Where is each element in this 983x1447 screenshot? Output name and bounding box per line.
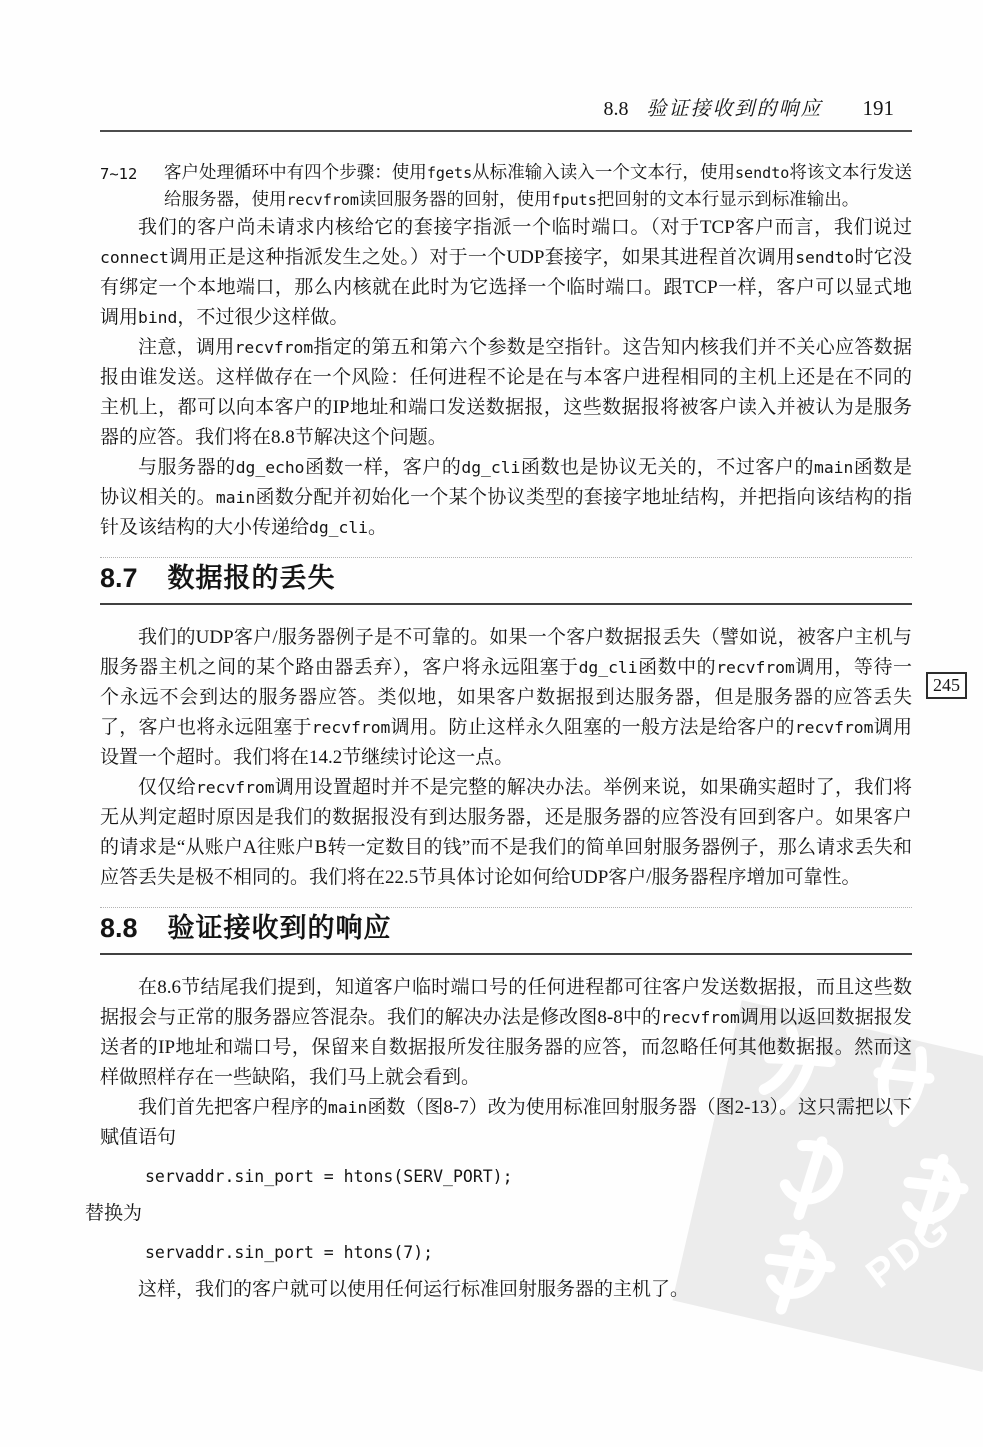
section-heading-8-7: 8.7 数据报的丢失 (100, 557, 912, 605)
book-page: PDG 245 8.8 验证接收到的响应 191 7~12 客户处理循环中有四个… (0, 0, 983, 1447)
paragraph: 我们首先把客户程序的main函数（图8-7）改为使用标准回射服务器（图2-13）… (100, 1093, 912, 1153)
paragraph: 在8.6节结尾我们提到，知道客户临时端口号的任何进程都可往客户发送数据报，而且这… (100, 973, 912, 1093)
annotation-text: 客户处理循环中有四个步骤：使用fgets从标准输入读入一个文本行，使用sendt… (164, 159, 912, 213)
annotation-line-range: 7~12 (100, 159, 164, 213)
code-statement-serv-port: servaddr.sin_port = htons(SERV_PORT); (145, 1167, 912, 1187)
line-annotation-7-12: 7~12 客户处理循环中有四个步骤：使用fgets从标准输入读入一个文本行，使用… (100, 159, 912, 213)
margin-page-ref-badge: 245 (926, 672, 967, 699)
paragraph: 我们的UDP客户/服务器例子是不可靠的。如果一个客户数据报丢失（譬如说，被客户主… (100, 623, 912, 773)
page-content: 8.8 验证接收到的响应 191 7~12 客户处理循环中有四个步骤：使用fge… (100, 0, 912, 1305)
paragraph: 仅仅给recvfrom调用设置超时并不是完整的解决办法。举例来说，如果确实超时了… (100, 773, 912, 893)
code-statement-port-7: servaddr.sin_port = htons(7); (145, 1243, 912, 1263)
paragraph: 与服务器的dg_echo函数一样，客户的dg_cli函数也是协议无关的，不过客户… (100, 453, 912, 543)
paragraph: 我们的客户尚未请求内核给它的套接字指派一个临时端口。（对于TCP客户而言，我们说… (100, 213, 912, 333)
section-heading-8-8: 8.8 验证接收到的响应 (100, 907, 912, 955)
paragraph: 注意，调用recvfrom指定的第五和第六个参数是空指针。这告知内核我们并不关心… (100, 333, 912, 453)
replace-with-label: 替换为 (85, 1199, 912, 1229)
section-title: 数据报的丢失 (168, 562, 336, 594)
running-head-page-number: 191 (863, 96, 895, 121)
section-title: 验证接收到的响应 (168, 912, 392, 944)
running-head: 8.8 验证接收到的响应 191 (100, 92, 912, 132)
closing-paragraph: 这样，我们的客户就可以使用任何运行标准回射服务器的主机了。 (100, 1275, 912, 1305)
running-head-section-title: 验证接收到的响应 (647, 92, 823, 121)
section-number: 8.7 (100, 562, 138, 594)
running-head-section-number: 8.8 (604, 98, 629, 121)
section-number: 8.8 (100, 912, 138, 944)
